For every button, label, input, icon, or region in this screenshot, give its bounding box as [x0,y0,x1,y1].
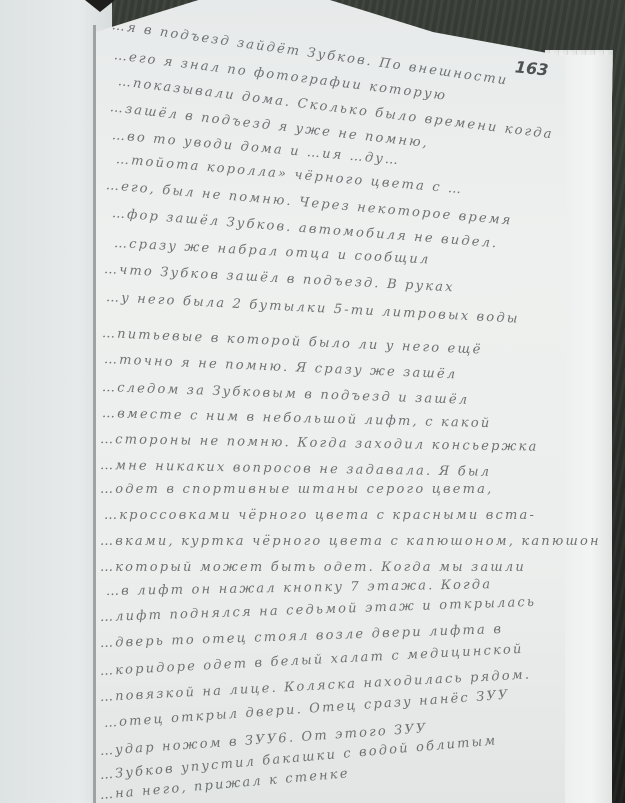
handwritten-line: …который может быть одет. Когда мы зашли [100,560,526,575]
handwritten-line: …мне никаких вопросов не задавала. Я был [100,458,491,480]
page-binding-edge [93,25,96,803]
handwritten-text-block: …я в подъезд зайдёт Зубков. По внешности… [100,0,560,803]
folder-back-cover [560,55,612,803]
handwritten-line: …в лифт он нажал кнопку 7 этажа. Когда [106,577,493,599]
handwritten-line: …что Зубков зашёл в подъезд. В руках [104,262,455,295]
handwritten-line: …вками, куртка чёрного цвета с капюшоном… [100,534,601,549]
handwritten-line: …следом за Зубковым в подъезд и зашёл [102,380,470,408]
handwritten-line: …точно я не помню. Я сразу же зашёл [104,352,458,382]
handwritten-line: …вместе с ним в небольшой лифт, с какой [102,406,492,431]
handwritten-line: …у него была 2 бутылки 5-ти литровых вод… [106,290,520,327]
handwritten-line: …одет в спортивные штаны серого цвета, [100,482,493,497]
handwritten-line: …кроссовками чёрного цвета с красными вс… [104,508,536,523]
handwritten-line: …питьевые в которой было ли у него ещё [102,326,483,358]
handwritten-line: …стороны не помню. Когда заходил консьер… [100,432,539,455]
handwritten-line: …лифт поднялся на седьмой этаж и открыла… [100,595,537,625]
